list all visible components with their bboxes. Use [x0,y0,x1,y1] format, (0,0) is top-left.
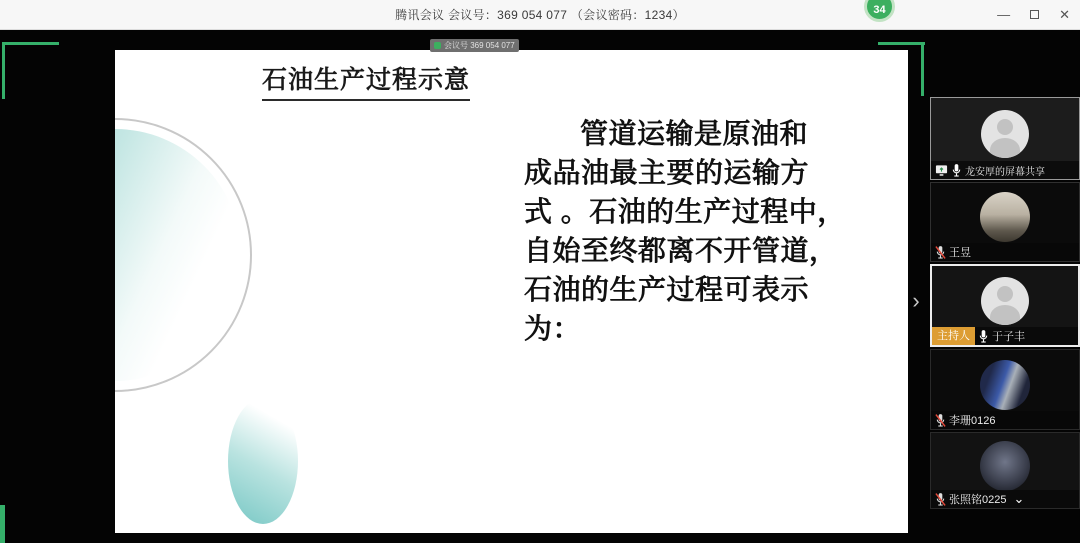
participant-labelbar: 王昱 [931,243,1079,261]
slide-body-line: 为： [524,309,840,348]
meeting-main-area: 会议号 369 054 077 石油生产过程示意 管道运输是原油和 成品油最主要… [0,30,1080,543]
avatar-photo [980,192,1030,242]
minimize-button[interactable]: — [997,0,1010,30]
window-controls: — ✕ [997,0,1070,30]
participant-tile-active-speaker[interactable]: 主持人 于子丰 [930,264,1080,347]
tencent-meeting-window: 腾讯会议 会议号：369 054 077 （会议密码：1234） — ✕ 34 … [0,0,1080,543]
corner-bracket-top-right [921,42,924,96]
avatar-shoulders [990,305,1020,325]
participant-labelbar: 主持人 于子丰 [932,327,1078,345]
slide-body-line: 自始至终都离不开管道， [524,231,840,270]
avatar-shoulders [990,138,1020,158]
participant-tile[interactable]: 张照铭0225 ⌄ [930,432,1080,509]
avatar-placeholder [981,110,1029,158]
shared-slide: 石油生产过程示意 管道运输是原油和 成品油最主要的运输方 式 。石油的生产过程中… [115,50,908,533]
window-titlebar[interactable]: 腾讯会议 会议号：369 054 077 （会议密码：1234） — ✕ [0,0,1080,30]
close-button[interactable]: ✕ [1059,0,1070,30]
avatar-head [997,286,1013,302]
participant-name: 李珊0126 [949,412,995,428]
avatar-photo [980,441,1030,491]
participant-labelbar: 张照铭0225 ⌄ [931,490,1079,508]
slide-body-line: 石油的生产过程可表示 [524,270,840,309]
corner-bracket-top-left [2,42,5,99]
mic-muted-icon [935,245,946,260]
participant-name: 龙安厚的屏幕共享 [965,163,1045,178]
slide-decoration-ellipse [228,398,298,524]
window-title: 腾讯会议 会议号：369 054 077 （会议密码：1234） [395,6,685,23]
participant-labelbar: 龙安厚的屏幕共享 [931,161,1079,179]
participant-name: 于子丰 [992,328,1025,344]
participant-labelbar: 李珊0126 [931,411,1079,429]
host-badge: 主持人 [932,327,975,345]
participant-tile-screen-share[interactable]: 龙安厚的屏幕共享 [930,97,1080,180]
sidebar-collapse-button[interactable]: › [905,290,927,314]
mic-on-icon [978,329,989,344]
avatar-photo [980,360,1030,410]
corner-bracket-top-right [878,42,925,45]
corner-bracket-top-left [2,42,59,45]
slide-title: 石油生产过程示意 [262,60,470,101]
participant-tile[interactable]: 李珊0126 [930,349,1080,430]
screen-share-icon [935,164,948,177]
maximize-icon [1030,10,1039,19]
meeting-shield-icon [434,42,441,49]
mic-on-icon [951,163,962,178]
avatar-head [997,119,1013,135]
meeting-info-pill[interactable]: 会议号 369 054 077 [430,39,519,52]
corner-bracket-bottom-left [0,505,5,543]
mic-muted-icon [935,413,946,428]
slide-body-line: 管道运输是原油和 [524,114,840,153]
slide-body-line: 成品油最主要的运输方 [524,153,840,192]
slide-body-text: 管道运输是原油和 成品油最主要的运输方 式 。石油的生产过程中， 自始至终都离不… [524,114,840,348]
participant-name: 王昱 [949,244,971,260]
maximize-button[interactable] [1030,0,1039,30]
slide-body-line: 式 。石油的生产过程中， [524,192,840,231]
chevron-down-icon[interactable]: ⌄ [1013,494,1024,504]
meeting-id-text: 会议号 369 054 077 [444,40,515,51]
mic-muted-icon [935,492,946,507]
avatar-placeholder [981,277,1029,325]
participant-tile[interactable]: 王昱 [930,182,1080,262]
participant-name: 张照铭0225 [949,491,1006,507]
slide-decoration-circle [115,129,241,381]
